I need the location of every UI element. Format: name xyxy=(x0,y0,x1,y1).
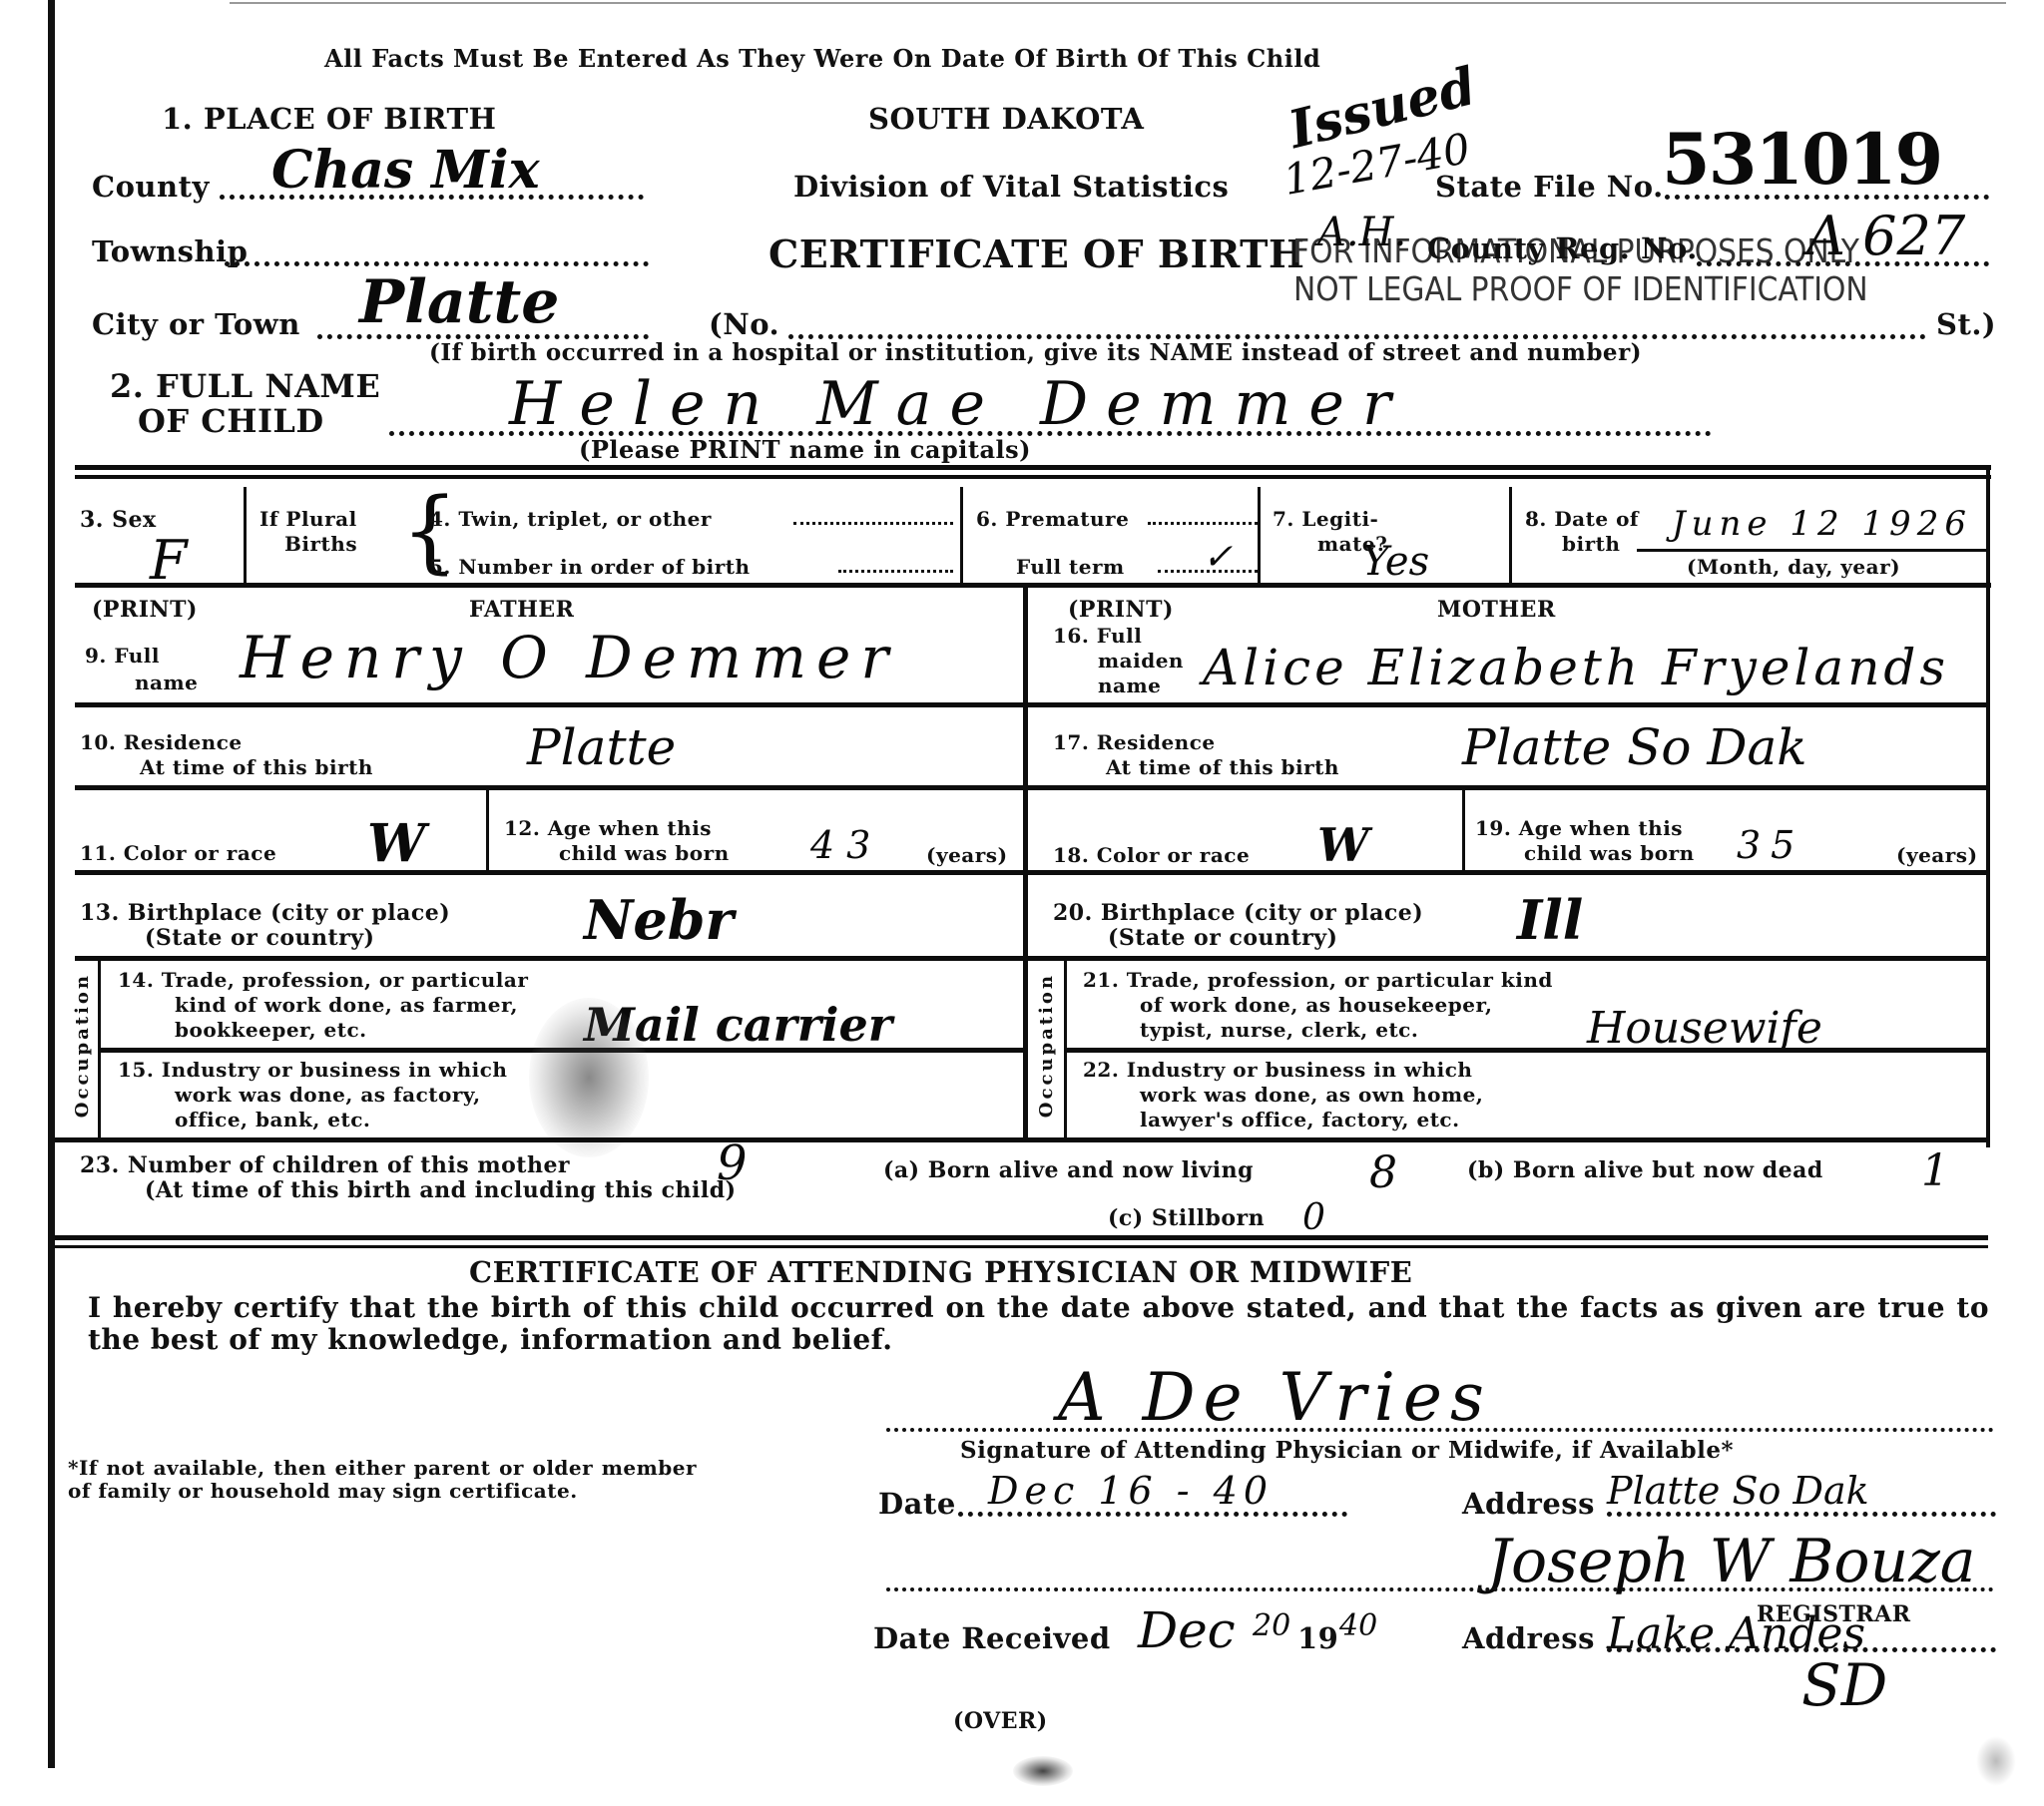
divider-plural xyxy=(960,487,963,583)
mother-industry-label-3: lawyer's office, factory, etc. xyxy=(1140,1108,1460,1131)
child-name-label-2: OF CHILD xyxy=(138,402,324,440)
mother-trade-value[interactable]: Housewife xyxy=(1587,1003,1822,1054)
rule-before-children xyxy=(55,1137,1988,1142)
dob-note: (Month, day, year) xyxy=(1687,555,1900,579)
physician-address-value[interactable]: Platte So Dak xyxy=(1607,1469,1869,1513)
registrar-address-label: Address xyxy=(1462,1621,1595,1655)
mother-trade-label-2: of work done, as housekeeper, xyxy=(1140,993,1492,1017)
children-label-1: 23. Number of children of this mother xyxy=(80,1152,570,1178)
township-field-line xyxy=(225,261,649,266)
father-color-value[interactable]: W xyxy=(367,813,425,874)
living-value[interactable]: 8 xyxy=(1369,1147,1397,1198)
mother-residence-value[interactable]: Platte So Dak xyxy=(1462,718,1807,776)
registrar-signature-line xyxy=(886,1587,1994,1591)
father-name-label-1: 9. Full xyxy=(85,644,160,668)
mother-industry-label-1: 22. Industry or business in which xyxy=(1083,1058,1472,1082)
premature-line xyxy=(1148,522,1258,525)
father-residence-rule xyxy=(75,785,1023,790)
parents-center-divider xyxy=(1023,587,1028,1141)
dob-label-2: birth xyxy=(1562,532,1620,556)
print-name-note: (Please PRINT name in capitals) xyxy=(579,435,1031,464)
mother-name-rule xyxy=(1028,702,1988,707)
father-age-label-1: 12. Age when this xyxy=(504,816,712,840)
date-received-month[interactable]: Dec xyxy=(1138,1601,1236,1659)
order-label: 5. Number in order of birth xyxy=(429,555,751,579)
physician-signature-label: Signature of Attending Physician or Midw… xyxy=(960,1437,1734,1464)
father-birthplace-label-2: (State or country) xyxy=(145,925,374,951)
state-name: SOUTH DAKOTA xyxy=(868,102,1144,136)
rule-after-row3 xyxy=(75,583,1991,588)
mother-birthplace-rule xyxy=(1028,956,1988,961)
bottom-smudge xyxy=(1013,1756,1073,1786)
father-industry-label-1: 15. Industry or business in which xyxy=(118,1058,507,1082)
physician-date-value[interactable]: Dec 16 - 40 xyxy=(988,1469,1274,1513)
dob-value[interactable]: June 12 1926 xyxy=(1672,504,1972,544)
father-birthplace-label-1: 13. Birthplace (city or place) xyxy=(80,900,450,926)
header-instruction: All Facts Must Be Entered As They Were O… xyxy=(324,44,1320,73)
right-border xyxy=(1986,469,1990,1147)
full-term-label: Full term xyxy=(1016,555,1125,579)
mother-heading: MOTHER xyxy=(1437,597,1556,623)
physician-signature-line xyxy=(886,1428,1994,1432)
father-birthplace-rule xyxy=(75,956,1023,961)
stamp-not-legal-proof: NOT LEGAL PROOF OF IDENTIFICATION xyxy=(1293,269,1868,308)
mother-color-rule xyxy=(1028,870,1988,875)
mother-name-label-2: maiden xyxy=(1098,649,1184,673)
father-name-value[interactable]: Henry O Demmer xyxy=(240,624,898,691)
child-name-label-1: 2. FULL NAME xyxy=(110,367,380,405)
father-trade-label-3: bookkeeper, etc. xyxy=(175,1018,367,1042)
dead-value[interactable]: 1 xyxy=(1921,1145,1949,1196)
father-trade-label-2: kind of work done, as farmer, xyxy=(175,993,518,1017)
mother-trade-rule xyxy=(1064,1048,1988,1053)
certificate-title: CERTIFICATE OF BIRTH xyxy=(768,231,1304,276)
father-name-label-2: name xyxy=(135,671,198,694)
father-name-rule xyxy=(75,702,1023,707)
father-color-label: 11. Color or race xyxy=(80,841,276,865)
mother-name-value[interactable]: Alice Elizabeth Fryelands xyxy=(1203,639,1949,696)
father-age-unit: (years) xyxy=(926,843,1008,867)
physician-date-label: Date xyxy=(878,1487,956,1521)
mother-color-label: 18. Color or race xyxy=(1053,843,1250,867)
living-label: (a) Born alive and now living xyxy=(883,1157,1254,1183)
dead-label: (b) Born alive but now dead xyxy=(1467,1157,1823,1183)
father-industry-label-3: office, bank, etc. xyxy=(175,1108,370,1131)
children-label-2: (At time of this birth and including thi… xyxy=(145,1177,737,1203)
father-occupation-side-label: Occupation xyxy=(72,973,93,1118)
mother-age-unit: (years) xyxy=(1896,843,1978,867)
city-label: City or Town xyxy=(92,307,300,341)
dob-line xyxy=(1637,549,1986,552)
mother-age-divider xyxy=(1462,790,1465,870)
place-of-birth-label: 1. PLACE OF BIRTH xyxy=(162,102,496,136)
physician-signature: A De Vries xyxy=(1058,1359,1492,1436)
mother-name-label-3: name xyxy=(1098,674,1161,697)
mother-industry-label-2: work was done, as own home, xyxy=(1140,1083,1483,1107)
full-term-check[interactable]: ✓ xyxy=(1203,537,1233,578)
county-reg-number: A 627 xyxy=(1806,205,1965,267)
double-rule-top xyxy=(75,465,1991,470)
mother-birthplace-label-2: (State or country) xyxy=(1108,925,1337,951)
bottom-right-smudge xyxy=(1976,1736,2016,1786)
over-label: (OVER) xyxy=(953,1708,1048,1734)
division-label: Division of Vital Statistics xyxy=(793,170,1229,204)
mother-trade-label-1: 21. Trade, profession, or particular kin… xyxy=(1083,968,1553,992)
father-birthplace-value[interactable]: Nebr xyxy=(584,888,734,952)
date-received-day[interactable]: 20 xyxy=(1253,1608,1290,1643)
registrar-extra-mark: SD xyxy=(1801,1651,1887,1719)
father-trade-label-1: 14. Trade, profession, or particular xyxy=(118,968,528,992)
city-value[interactable]: Platte xyxy=(359,267,559,337)
state-file-number: 531019 xyxy=(1662,118,1941,201)
father-residence-label-1: 10. Residence xyxy=(80,730,243,754)
state-file-label: State File No. xyxy=(1435,170,1664,204)
mother-residence-label-2: At time of this birth xyxy=(1106,755,1339,779)
date-received-year-prefix: 19 xyxy=(1297,1621,1338,1655)
sex-label: 3. Sex xyxy=(80,507,157,533)
mother-age-label-1: 19. Age when this xyxy=(1475,816,1683,840)
father-age-value[interactable]: 43 xyxy=(810,823,882,867)
father-residence-value[interactable]: Platte xyxy=(527,718,676,776)
date-received-year-suffix[interactable]: 40 xyxy=(1339,1608,1377,1643)
father-industry-label-2: work was done, as factory, xyxy=(175,1083,481,1107)
father-age-divider xyxy=(486,790,489,870)
mother-birthplace-label-1: 20. Birthplace (city or place) xyxy=(1053,900,1423,926)
ink-smudge xyxy=(529,998,649,1157)
county-value[interactable]: Chas Mix xyxy=(271,140,540,201)
child-name-value[interactable]: Helen Mae Demmer xyxy=(509,369,1409,439)
mother-color-value[interactable]: W xyxy=(1317,818,1369,872)
street-no-label: (No. xyxy=(709,307,779,341)
physician-heading: CERTIFICATE OF ATTENDING PHYSICIAN OR MI… xyxy=(469,1255,1412,1289)
hospital-note: (If birth occurred in a hospital or inst… xyxy=(429,339,1642,366)
father-print-label: (PRINT) xyxy=(92,597,198,623)
top-border xyxy=(230,2,2006,4)
father-age-label-2: child was born xyxy=(559,841,730,865)
physician-address-label: Address xyxy=(1462,1487,1595,1521)
father-color-rule xyxy=(75,870,1023,875)
initials: A.H. xyxy=(1317,210,1406,255)
premature-label: 6. Premature xyxy=(976,507,1129,531)
state-file-line xyxy=(1665,195,1989,200)
footnote: *If not available, then either parent or… xyxy=(68,1457,697,1503)
registrar-signature: Joseph W Bouza xyxy=(1487,1527,1976,1596)
county-label: County xyxy=(92,170,210,204)
plural-label-2: Births xyxy=(284,532,357,556)
dob-label-1: 8. Date of xyxy=(1525,507,1639,531)
children-total-value[interactable]: 9 xyxy=(717,1135,748,1191)
mother-occupation-side-label: Occupation xyxy=(1036,973,1057,1118)
mother-birthplace-value[interactable]: Ill xyxy=(1517,888,1583,952)
legitimate-label-1: 7. Legiti- xyxy=(1273,507,1378,531)
divider-sex xyxy=(244,487,247,583)
mother-name-label-1: 16. Full xyxy=(1053,624,1142,648)
stillborn-value[interactable]: 0 xyxy=(1302,1197,1325,1238)
county-reg-label: County Reg. No. xyxy=(1427,231,1698,265)
mother-age-label-2: child was born xyxy=(1524,841,1695,865)
mother-trade-label-3: typist, nurse, clerk, etc. xyxy=(1140,1018,1418,1042)
stillborn-label: (c) Stillborn xyxy=(1108,1205,1265,1231)
mother-residence-rule xyxy=(1028,785,1988,790)
twin-field-line xyxy=(793,522,953,525)
twin-label: 4. Twin, triplet, or other xyxy=(429,507,712,531)
divider-legit xyxy=(1509,487,1512,583)
order-field-line xyxy=(838,570,953,573)
rule-before-physician-2 xyxy=(55,1245,1988,1248)
mother-age-value[interactable]: 35 xyxy=(1737,823,1804,867)
father-residence-label-2: At time of this birth xyxy=(140,755,373,779)
county-reg-line xyxy=(1697,261,1989,266)
plural-label-1: If Plural xyxy=(259,507,357,531)
father-heading: FATHER xyxy=(469,597,574,623)
left-border xyxy=(48,0,55,1768)
mother-print-label: (PRINT) xyxy=(1068,597,1174,623)
rule-before-physician-1 xyxy=(55,1235,1988,1240)
legitimate-value[interactable]: Yes xyxy=(1362,539,1429,585)
street-st-label: St.) xyxy=(1936,307,1996,341)
divider-term xyxy=(1258,487,1261,583)
mother-residence-label-1: 17. Residence xyxy=(1053,730,1216,754)
certify-text: I hereby certify that the birth of this … xyxy=(88,1292,1989,1356)
double-rule-bottom xyxy=(75,475,1991,479)
date-received-label: Date Received xyxy=(873,1621,1111,1655)
